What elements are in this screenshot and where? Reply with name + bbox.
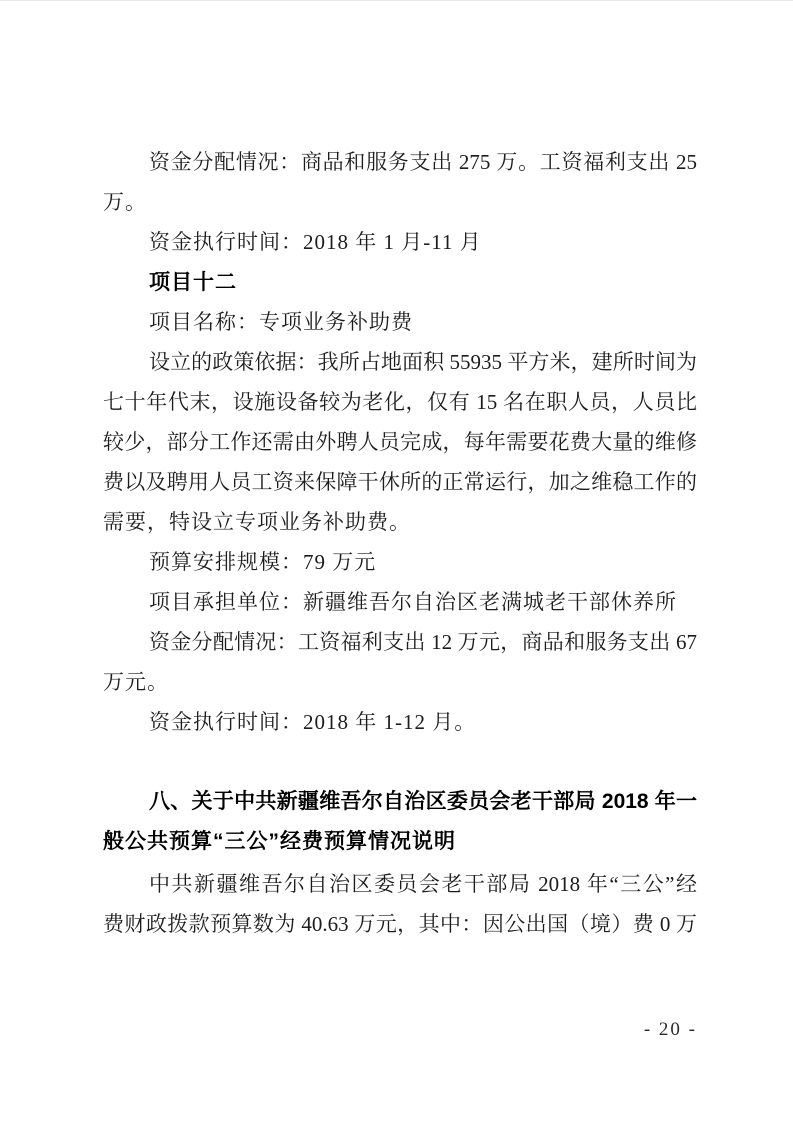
text-line: 中共新疆维吾尔自治区委员会老干部局 2018 年“三公”经 — [103, 864, 697, 904]
section-heading-line: 般公共预算“三公”经费预算情况说明 — [103, 822, 697, 862]
text-line: 项目承担单位：新疆维吾尔自治区老满城老干部休养所 — [103, 582, 697, 622]
text-line: 项目名称：专项业务补助费 — [103, 302, 697, 342]
text-line: 预算安排规模：79 万元 — [103, 542, 697, 582]
section-heading-line: 八、关于中共新疆维吾尔自治区委员会老干部局 2018 年一 — [103, 782, 697, 822]
text-line: 需要，特设立专项业务补助费。 — [103, 502, 697, 542]
text-line: 万。 — [103, 182, 697, 222]
text-line: 资金执行时间：2018 年 1-12 月。 — [103, 702, 697, 742]
page-number: - 20 - — [644, 1015, 697, 1045]
text-line: 费财政拨款预算数为 40.63 万元，其中：因公出国（境）费 0 万 — [103, 904, 697, 944]
text-line: 七十年代末，设施设备较为老化，仅有 15 名在职人员，人员比 — [103, 382, 697, 422]
section-paragraph: 中共新疆维吾尔自治区委员会老干部局 2018 年“三公”经 费财政拨款预算数为 … — [103, 864, 697, 944]
text-line: 万元。 — [103, 662, 697, 702]
text-line: 资金分配情况：商品和服务支出 275 万。工资福利支出 25 — [103, 142, 697, 182]
text-line: 资金分配情况：工资福利支出 12 万元，商品和服务支出 67 — [103, 622, 697, 662]
text-content: 资金分配情况：商品和服务支出 275 万。工资福利支出 25 万。 资金执行时间… — [103, 142, 697, 944]
text-line: 较少，部分工作还需由外聘人员完成，每年需要花费大量的维修 — [103, 422, 697, 462]
text-line: 设立的政策依据：我所占地面积 55935 平方米，建所时间为 — [103, 342, 697, 382]
document-page: 资金分配情况：商品和服务支出 275 万。工资福利支出 25 万。 资金执行时间… — [0, 0, 793, 1123]
project-subheading: 项目十二 — [103, 262, 697, 302]
text-line: 费以及聘用人员工资来保障干休所的正常运行，加之维稳工作的 — [103, 462, 697, 502]
text-line: 资金执行时间：2018 年 1 月-11 月 — [103, 222, 697, 262]
section-heading: 八、关于中共新疆维吾尔自治区委员会老干部局 2018 年一 般公共预算“三公”经… — [103, 782, 697, 862]
